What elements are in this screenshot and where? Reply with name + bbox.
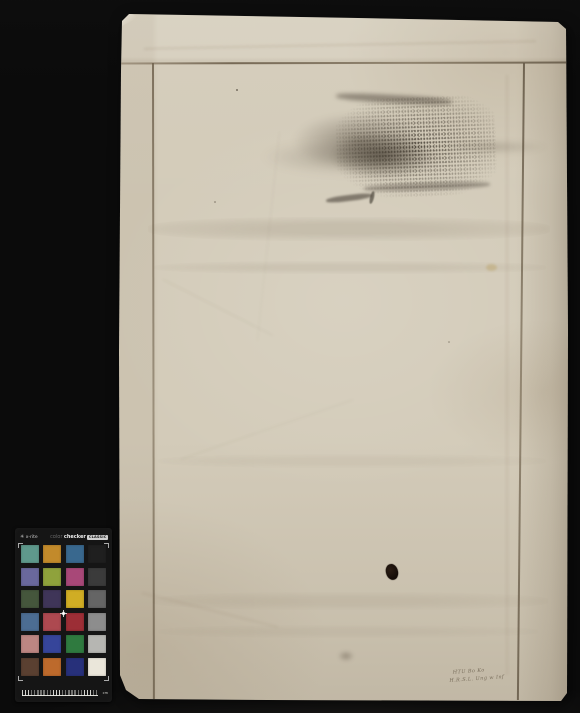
- faint-smudge-band: [152, 592, 548, 610]
- color-patch-red: [66, 613, 84, 631]
- colorchecker-card: ✳ x-rite color checker CLASSIC cm: [15, 528, 112, 702]
- ink-fleck: [448, 341, 450, 343]
- color-patch-blue-sky: [21, 613, 39, 631]
- center-registration-mark: [62, 612, 65, 615]
- colorchecker-header: ✳ x-rite color checker CLASSIC: [20, 532, 108, 542]
- top-rule-line: [120, 62, 567, 65]
- color-patch-orange-yellow: [43, 545, 61, 563]
- color-patch-neutral-6-5: [88, 613, 106, 631]
- color-patch-yellow: [66, 590, 84, 608]
- color-patch-magenta: [66, 568, 84, 586]
- color-patch-purplish-blue: [43, 635, 61, 653]
- ink-blot: [384, 563, 400, 582]
- faint-smudge-band: [158, 454, 546, 468]
- small-smudge: [336, 649, 356, 663]
- color-patch-yellow-green: [43, 568, 61, 586]
- paper-crease: [181, 399, 354, 460]
- pencil-annotation: HTU Bo Ko H.R.S.L. Ung w Inf: [449, 663, 534, 685]
- ruler-scale: [22, 690, 98, 696]
- ink-offset-smudge: [218, 83, 528, 218]
- color-patch-blue: [66, 658, 84, 676]
- registration-corner-mark: [18, 676, 23, 681]
- smudge-speckles: [334, 94, 497, 200]
- xrite-brand-label: x-rite: [26, 535, 38, 540]
- ruler-unit-label: cm: [103, 692, 108, 696]
- registration-corner-mark: [104, 676, 109, 681]
- xrite-brand: ✳ x-rite: [20, 535, 38, 540]
- color-patch-moderate-red: [43, 613, 61, 631]
- color-patch-purple: [43, 590, 61, 608]
- paper-crease: [162, 279, 273, 337]
- color-patch-light-skin: [21, 635, 39, 653]
- color-patch-neutral-3-5: [88, 568, 106, 586]
- color-patch-orange: [43, 658, 61, 676]
- xrite-logo-icon: ✳: [20, 535, 24, 540]
- faint-smudge-band: [158, 625, 538, 638]
- ink-fleck: [236, 89, 238, 91]
- color-patch-green: [66, 635, 84, 653]
- product-label-color: color: [50, 534, 62, 540]
- photo-canvas: HTU Bo Ko H.R.S.L. Ung w Inf ✳ x-rite co…: [0, 0, 580, 713]
- dog-ear-fold: [122, 13, 138, 26]
- color-patch-blue-flower: [21, 568, 39, 586]
- manuscript-page: HTU Bo Ko H.R.S.L. Ung w Inf: [118, 11, 569, 702]
- paper-stain: [486, 264, 497, 271]
- color-patch-foliage: [21, 590, 39, 608]
- paper-crease: [144, 40, 536, 49]
- color-patch-bluish-green: [21, 545, 39, 563]
- color-patch-white: [88, 658, 106, 676]
- color-patch-cyan: [66, 545, 84, 563]
- product-label-checker: checker: [64, 534, 86, 540]
- page-shadow: HTU Bo Ko H.R.S.L. Ung w Inf: [118, 11, 569, 702]
- classic-badge: CLASSIC: [87, 535, 108, 540]
- faint-smudge-band: [148, 217, 550, 241]
- ink-fleck: [214, 201, 216, 203]
- color-patch-neutral-8: [88, 635, 106, 653]
- colorchecker-product: color checker CLASSIC: [50, 534, 108, 540]
- color-patch-neutral-5: [88, 590, 106, 608]
- color-patch-black: [88, 545, 106, 563]
- color-patch-dark-skin: [21, 658, 39, 676]
